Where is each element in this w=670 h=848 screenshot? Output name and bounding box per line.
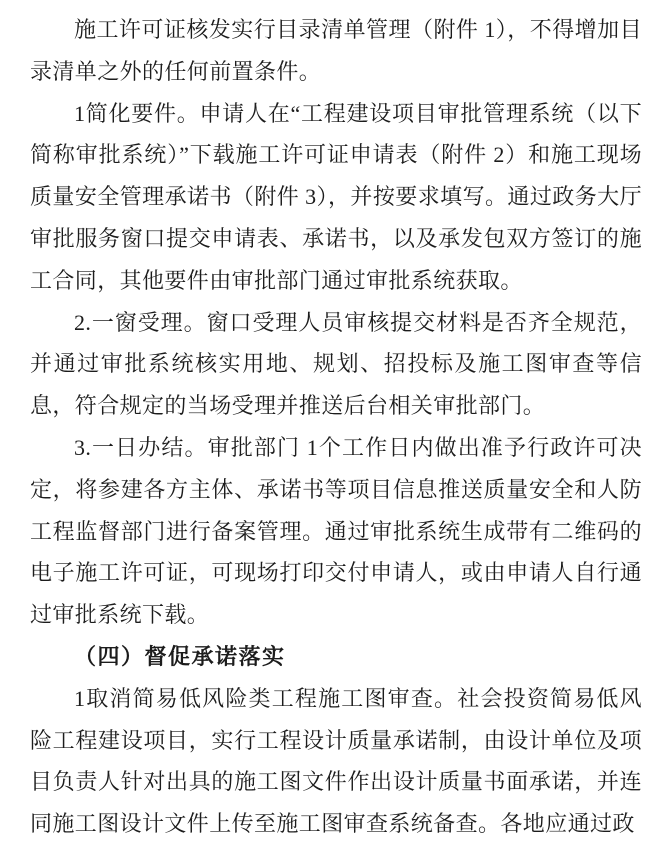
paragraph-one-window-acceptance: 2.一窗受理。窗口受理人员审核提交材料是否齐全规范，并通过审批系统核实用地、规划…	[30, 302, 642, 427]
paragraph-one-day-completion: 3.一日办结。审批部门 1个工作日内做出准予行政许可决定，将参建各方主体、承诺书…	[30, 427, 642, 636]
paragraph-cancel-drawing-review: 1取消简易低风险类工程施工图审查。社会投资简易低风险工程建设项目，实行工程设计质…	[30, 678, 642, 845]
paragraph-permit-catalog-management: 施工许可证核发实行目录清单管理（附件 1），不得增加目录清单之外的任何前置条件。	[30, 9, 642, 93]
section-heading-supervise-commitment: （四）督促承诺落实	[30, 636, 642, 678]
document-page: 施工许可证核发实行目录清单管理（附件 1），不得增加目录清单之外的任何前置条件。…	[0, 0, 670, 848]
paragraph-simplify-requirements: 1简化要件。申请人在“工程建设项目审批管理系统（以下简称审批系统）”下载施工许可…	[30, 93, 642, 302]
